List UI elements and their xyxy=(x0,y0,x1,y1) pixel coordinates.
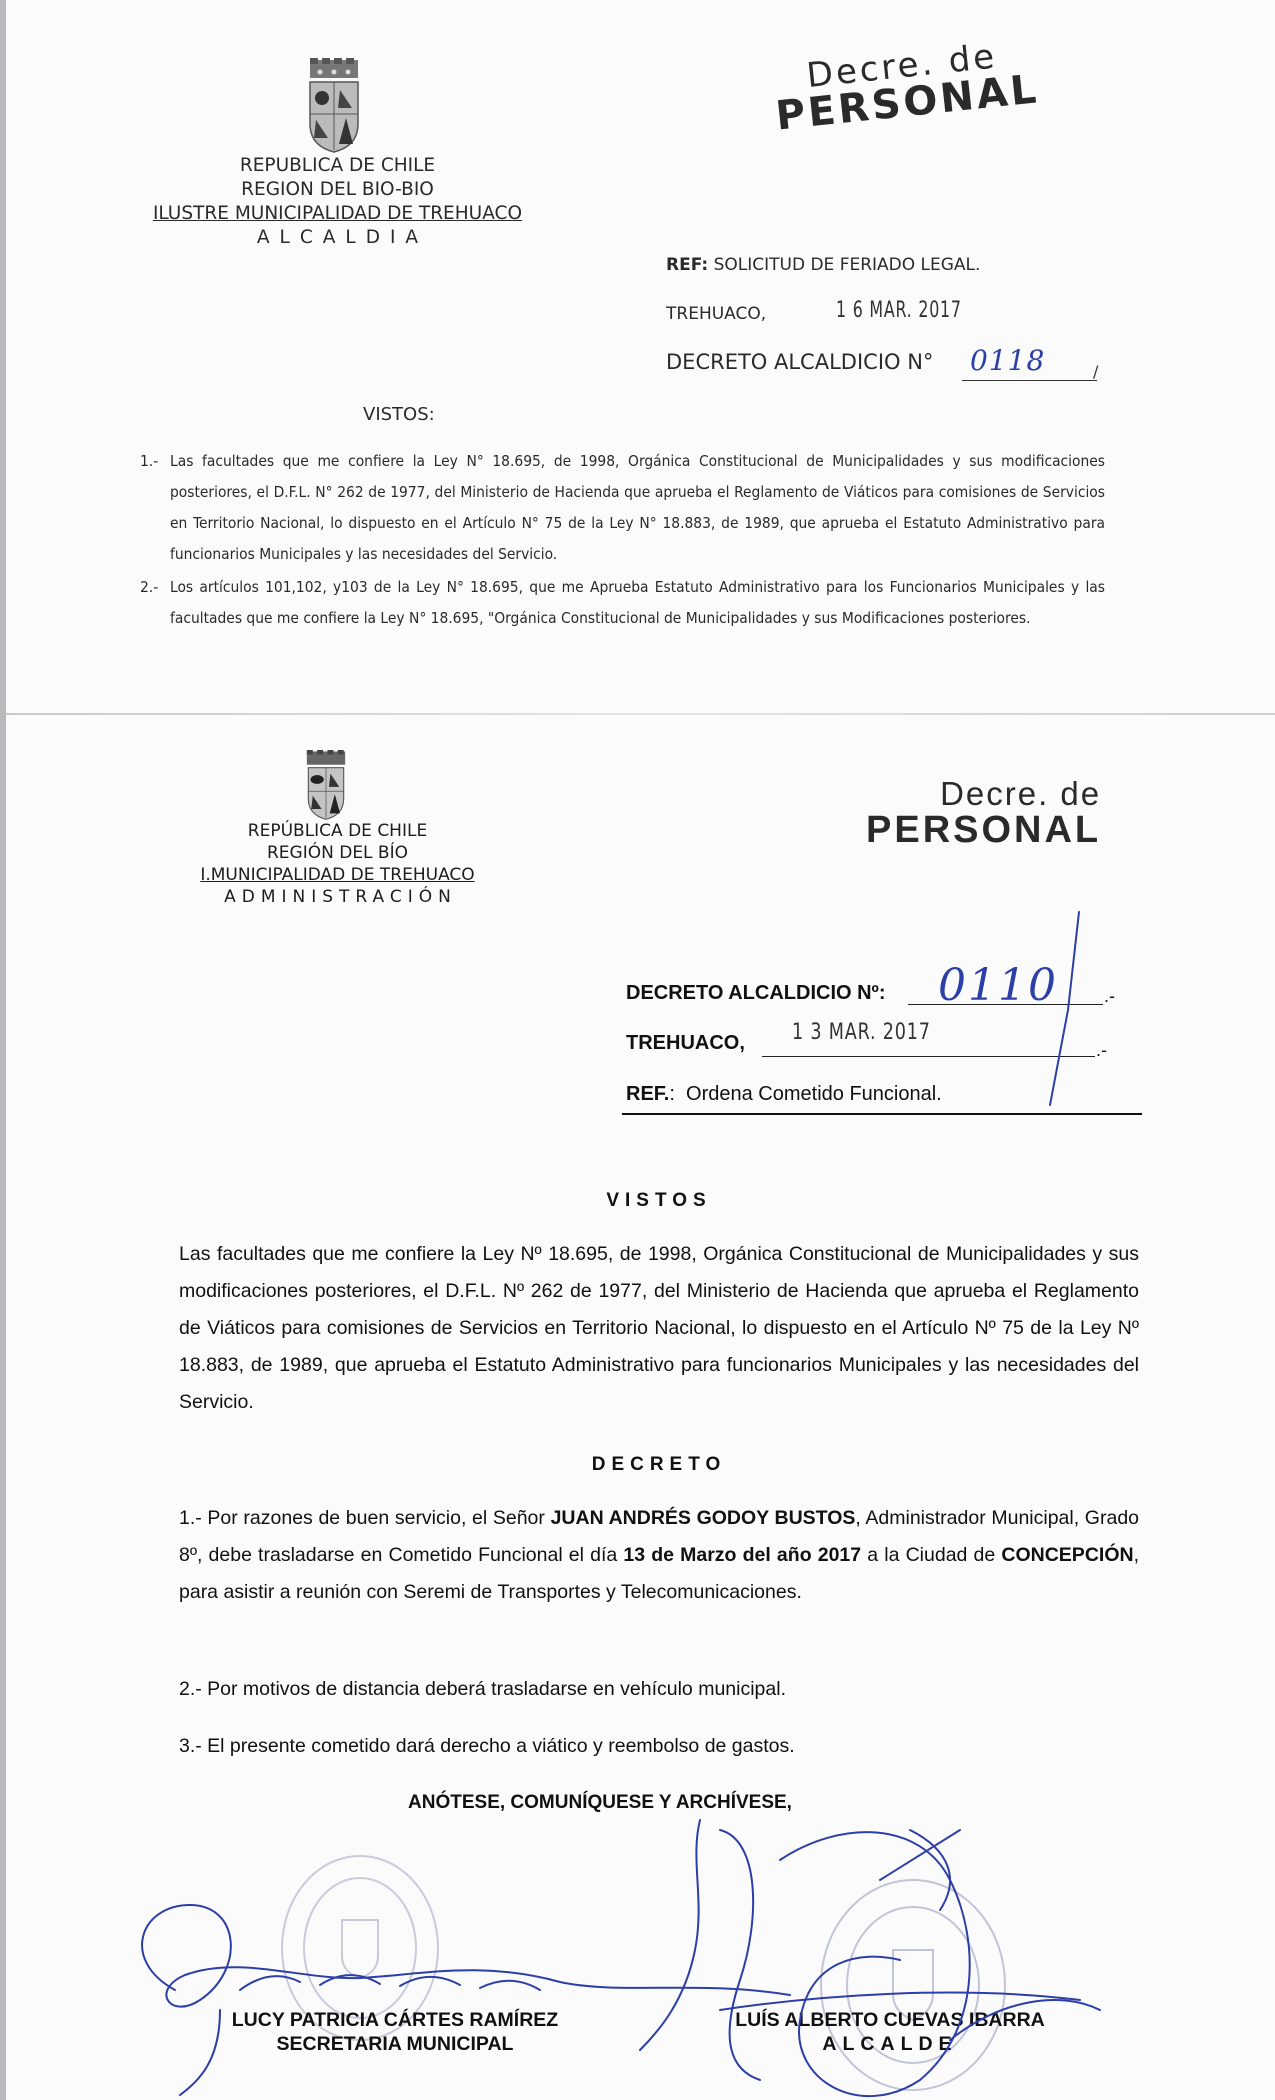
closing-formula: ANÓTESE, COMUNÍQUESE Y ARCHÍVESE, xyxy=(300,1792,900,1814)
vistos-heading: VISTOS: xyxy=(363,404,435,425)
signatory-name: LUÍS ALBERTO CUEVAS IBARRA xyxy=(700,2008,1080,2032)
decree-item-1: 1.- Por razones de buen servicio, el Señ… xyxy=(179,1500,1139,1611)
item-text: Las facultades que me confiere la Ley N°… xyxy=(170,446,1105,570)
decree-number-handwritten: 0118 xyxy=(970,344,1045,377)
vistos-heading: VISTOS xyxy=(179,1190,1139,1212)
travel-date: 13 de Marzo del año 2017 xyxy=(623,1544,861,1566)
item-number: 1.- xyxy=(140,446,170,570)
place-date-row: TREHUACO, xyxy=(626,1032,745,1055)
ref-text: Ordena Cometido Funcional. xyxy=(686,1083,942,1105)
decree-item-2: 2.- Por motivos de distancia deberá tras… xyxy=(179,1671,1139,1708)
line-suffix: .- xyxy=(1096,1040,1107,1061)
item-text: Los artículos 101,102, y103 de la Ley N°… xyxy=(170,572,1105,634)
item-number: 2.- xyxy=(140,572,170,634)
page-divider xyxy=(6,713,1275,715)
item-text: 1.- Por razones de buen servicio, el Señ… xyxy=(179,1507,551,1529)
destination-city: CONCEPCIÓN xyxy=(1001,1544,1133,1566)
decree-item-3: 3.- El presente cometido dará derecho a … xyxy=(179,1728,1139,1765)
place-label: TREHUACO, xyxy=(626,1032,745,1054)
date-stamp: 1 3 MAR. 2017 xyxy=(792,1020,931,1045)
place-label: TREHUACO, xyxy=(666,304,766,324)
decree-number-label: DECRETO ALCALDICIO Nº: xyxy=(626,982,886,1004)
department-line: ADMINISTRACIÓN xyxy=(160,886,515,908)
decreto-heading: DECRETO xyxy=(179,1454,1139,1476)
region-line: REGIÓN DEL BÍO xyxy=(160,842,515,864)
decree-number-underline xyxy=(962,380,1097,381)
mayor-seal-icon xyxy=(821,1880,1005,2090)
signatory-name: LUCY PATRICIA CÁRTES RAMÍREZ xyxy=(200,2008,590,2032)
vistos-item: 2.- Los artículos 101,102, y103 de la Le… xyxy=(140,572,1105,634)
secretary-signature xyxy=(142,1905,790,2095)
scan-edge xyxy=(0,0,6,2100)
coat-of-arms-icon xyxy=(295,750,357,820)
date-underline xyxy=(762,1056,1095,1057)
bottom-letterhead: REPÚBLICA DE CHILE REGIÓN DEL BÍO I.MUNI… xyxy=(160,820,515,908)
signatory-title: SECRETARIA MUNICIPAL xyxy=(200,2032,590,2056)
ref-underline xyxy=(622,1113,1142,1115)
department-line: ALCALDIA xyxy=(150,226,525,250)
top-letterhead: REPUBLICA DE CHILE REGION DEL BIO-BIO IL… xyxy=(150,154,525,250)
municipality-line: ILUSTRE MUNICIPALIDAD DE TREHUACO xyxy=(150,202,525,226)
line-suffix: .- xyxy=(1104,986,1115,1007)
ref-label: REF: xyxy=(666,255,708,275)
country-line: REPUBLICA DE CHILE xyxy=(150,154,525,178)
signatory-secretary: LUCY PATRICIA CÁRTES RAMÍREZ SECRETARIA … xyxy=(200,2008,590,2056)
signatory-mayor: LUÍS ALBERTO CUEVAS IBARRA ALCALDE xyxy=(700,2008,1080,2056)
item-text: a la Ciudad de xyxy=(861,1544,1001,1566)
decree-number-label: DECRETO ALCALDICIO N° xyxy=(666,350,933,374)
vistos-item: 1.- Las facultades que me confiere la Le… xyxy=(140,446,1105,570)
stamp-line-1: Decre. de xyxy=(866,775,1101,813)
signatory-title: ALCALDE xyxy=(700,2032,1080,2056)
official-name: JUAN ANDRÉS GODOY BUSTOS xyxy=(551,1507,856,1529)
vistos-paragraph: Las facultades que me confiere la Ley Nº… xyxy=(179,1236,1139,1421)
stamp-line-2: PERSONAL xyxy=(866,809,1101,852)
personal-decree-stamp: Decre. de PERSONAL xyxy=(866,775,1101,852)
date-stamp: 1 6 MAR. 2017 xyxy=(836,298,962,323)
coat-of-arms-icon xyxy=(302,58,366,153)
ref-colon: : xyxy=(669,1083,675,1105)
vistos-list: 1.- Las facultades que me confiere la Le… xyxy=(140,446,1105,634)
decree-number-handwritten: 0110 xyxy=(938,960,1058,1011)
municipality-line: I.MUNICIPALIDAD DE TREHUACO xyxy=(160,864,515,886)
ref-text: SOLICITUD DE FERIADO LEGAL. xyxy=(714,255,981,275)
personal-decree-stamp: Decre. de PERSONAL xyxy=(770,32,1041,139)
ref-line: REF: SOLICITUD DE FERIADO LEGAL. xyxy=(666,255,980,275)
decree-number-row: DECRETO ALCALDICIO Nº: xyxy=(626,982,886,1005)
decree-number-suffix: / xyxy=(1093,362,1098,381)
ref-row: REF.: Ordena Cometido Funcional. xyxy=(626,1083,942,1106)
country-line: REPÚBLICA DE CHILE xyxy=(160,820,515,842)
ref-label: REF. xyxy=(626,1083,669,1105)
region-line: REGION DEL BIO-BIO xyxy=(150,178,525,202)
